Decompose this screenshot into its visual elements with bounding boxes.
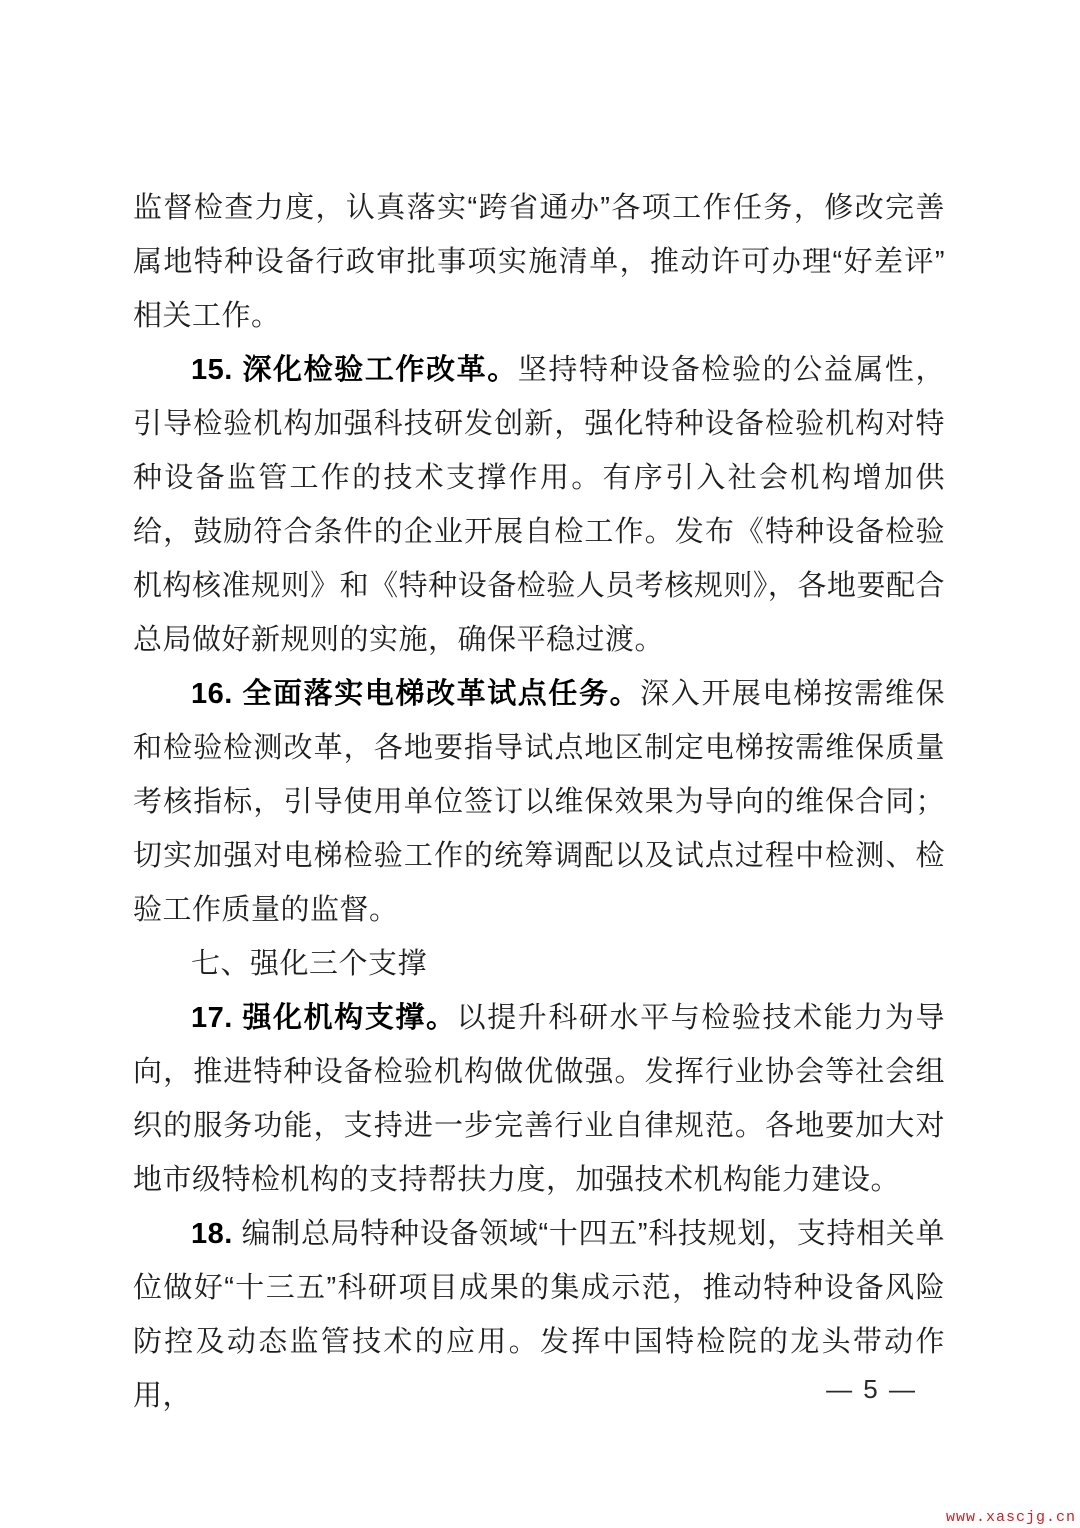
paragraph-text: 编制总局特种设备领域“十四五”科技规划，支持相关单位做好“十三五”科研项目成果的… bbox=[133, 1218, 945, 1412]
page-number: — 5 — bbox=[826, 1374, 917, 1405]
paragraph: 七、强化三个支撑 bbox=[133, 937, 945, 991]
paragraph-text: 深入开展电梯按需维保和检验检测改革，各地要指导试点地区制定电梯按需维保质量考核指… bbox=[133, 678, 945, 926]
watermark-url: www.xascjg.cn bbox=[946, 1509, 1076, 1526]
paragraph: 18. 编制总局特种设备领域“十四五”科技规划，支持相关单位做好“十三五”科研项… bbox=[133, 1207, 945, 1423]
paragraph-text: 监督检查力度，认真落实“跨省通办”各项工作任务，修改完善属地特种设备行政审批事项… bbox=[133, 192, 945, 332]
paragraph: 17. 强化机构支撑。以提升科研水平与检验技术能力为导向，推进特种设备检验机构做… bbox=[133, 991, 945, 1207]
paragraph: 15. 深化检验工作改革。坚持特种设备检验的公益属性，引导检验机构加强科技研发创… bbox=[133, 343, 945, 667]
paragraph-lead-text: 18. bbox=[191, 1218, 242, 1250]
paragraph-lead-text: 15. 深化检验工作改革。 bbox=[191, 354, 518, 386]
paragraph-lead-text: 16. 全面落实电梯改革试点任务。 bbox=[191, 678, 640, 710]
paragraph-text: 七、强化三个支撑 bbox=[191, 948, 427, 980]
paragraph: 16. 全面落实电梯改革试点任务。深入开展电梯按需维保和检验检测改革，各地要指导… bbox=[133, 667, 945, 937]
document-page: 监督检查力度，认真落实“跨省通办”各项工作任务，修改完善属地特种设备行政审批事项… bbox=[0, 0, 1080, 1528]
paragraph-text: 坚持特种设备检验的公益属性，引导检验机构加强科技研发创新，强化特种设备检验机构对… bbox=[133, 354, 945, 656]
paragraph: 监督检查力度，认真落实“跨省通办”各项工作任务，修改完善属地特种设备行政审批事项… bbox=[133, 181, 945, 343]
document-body: 监督检查力度，认真落实“跨省通办”各项工作任务，修改完善属地特种设备行政审批事项… bbox=[133, 181, 945, 1423]
paragraph-lead-text: 17. 强化机构支撑。 bbox=[191, 1002, 457, 1034]
